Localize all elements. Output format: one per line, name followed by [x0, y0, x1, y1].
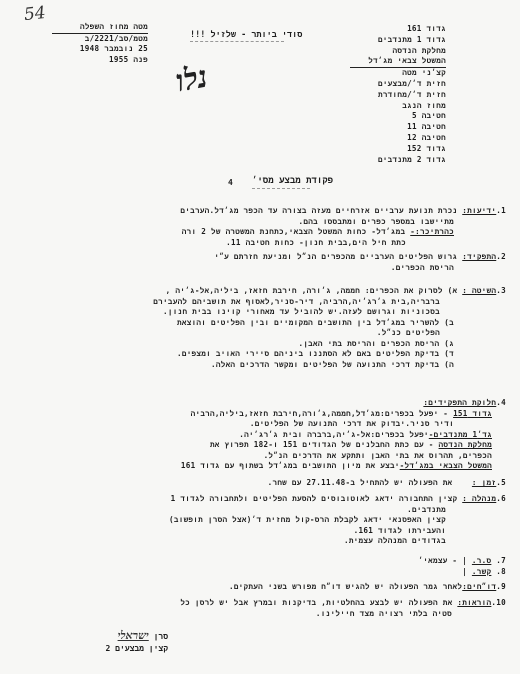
- handwritten-mark: נלו: [173, 60, 210, 100]
- distribution-item: חטיבה 5: [350, 111, 446, 122]
- distribution-item: גדוד 2 מתנדבים: [350, 155, 446, 166]
- distribution-item: גדוד 1 מתנדבים: [350, 35, 446, 46]
- handwritten-page-number: 54: [23, 3, 47, 25]
- handwritten-signature: ישראלי: [118, 629, 149, 642]
- distribution-list: גדוד 161 גדוד 1 מתנדבים מחלקת הנדסה המשט…: [350, 24, 446, 165]
- section-instructions: 10.הוראות: את הפעולה יש לבצע בהחלטיות, ב…: [16, 598, 506, 619]
- section-heading: ס.ר.: [472, 556, 491, 565]
- section-heading: קשר.: [472, 567, 491, 576]
- section-heading: חלוקת התפקידים:: [423, 398, 496, 407]
- header-origin-block: מטה מחוז השפלה מטמ/סב/2221/ב 25 נובמבר 1…: [52, 22, 148, 65]
- distribution-item: גדוד 152: [350, 144, 446, 155]
- section-time: 5.זמן : את הפעולה יש להתחיל ב-27.11.48 ע…: [16, 478, 506, 489]
- distribution-item: חזית ד׳/מבצעים: [350, 79, 446, 90]
- section-heading: הוראות:: [457, 598, 491, 607]
- order-title: פקודת מבצע מסי׳: [252, 176, 333, 186]
- section-heading: מנהלה :: [462, 494, 496, 503]
- section-intel-comms: 7. ס.ר. | - עצמאי׳ 8. קשר. |: [16, 556, 506, 577]
- section-assignments: 4.חלוקת התפקידים: גדוד 151 - יפעל בכפרים…: [16, 398, 506, 472]
- section-admin: 6.מנהלה : קצין התחבורה ידאג לאוטובוסים ל…: [16, 494, 506, 547]
- signature-block: סרן ישראלי קצין מבצעים 2: [68, 630, 168, 655]
- distribution-item: מחלקת הנדסה: [350, 46, 446, 57]
- section-method: 3.השיטה : א) לסרוק את הכפרים: חממה, ג׳ור…: [16, 286, 506, 370]
- order-number: 4: [228, 178, 233, 187]
- section-heading: השיטה :: [462, 286, 496, 295]
- classification-title: סודי ביותר - שלזיל !!!: [190, 30, 302, 40]
- distribution-item: חטיבה 12: [350, 133, 446, 144]
- header-origin: מטה מחוז השפלה: [52, 22, 148, 34]
- signer-rank: סרן: [154, 632, 168, 641]
- section-heading: זמן :: [472, 478, 496, 487]
- order-title-underline: [252, 188, 310, 189]
- section-reports: 9.דו״חים:לאחר גמר הפעולה יש להגיש דו״ח מ…: [16, 582, 506, 593]
- distribution-item: קצ׳ני מטה: [350, 68, 446, 79]
- distribution-item: גדוד 161: [350, 24, 446, 35]
- signer-role: קצין מבצעים 2: [68, 643, 168, 655]
- header-date: 25 נובמבר 1948: [52, 44, 148, 55]
- section-mission: 2.התפקיד: גרוש הפליטים הערביים מהכפרים ה…: [16, 252, 506, 273]
- section-heading: דו״חים:: [462, 582, 496, 591]
- header-page-ref: פנה 1955: [52, 55, 148, 66]
- section-intel: 1.ידיעות: נכרת תנועת ערביים אזרחיים מעזה…: [16, 206, 506, 248]
- section-heading: התפקיד:: [462, 252, 496, 261]
- distribution-item: חטיבה 11: [350, 122, 446, 133]
- distribution-item: המשטל צבאי מג׳דל: [350, 56, 446, 68]
- title-underline: [190, 41, 284, 44]
- section-heading: ידיעות:: [462, 206, 496, 215]
- document-page: 54 נלו מטה מחוז השפלה מטמ/סב/2221/ב 25 נ…: [0, 0, 520, 674]
- distribution-item: חזית ד׳/מחודרת: [350, 90, 446, 101]
- distribution-item: מחוז הנגב: [350, 101, 446, 112]
- header-reference: מטמ/סב/2221/ב: [52, 34, 148, 45]
